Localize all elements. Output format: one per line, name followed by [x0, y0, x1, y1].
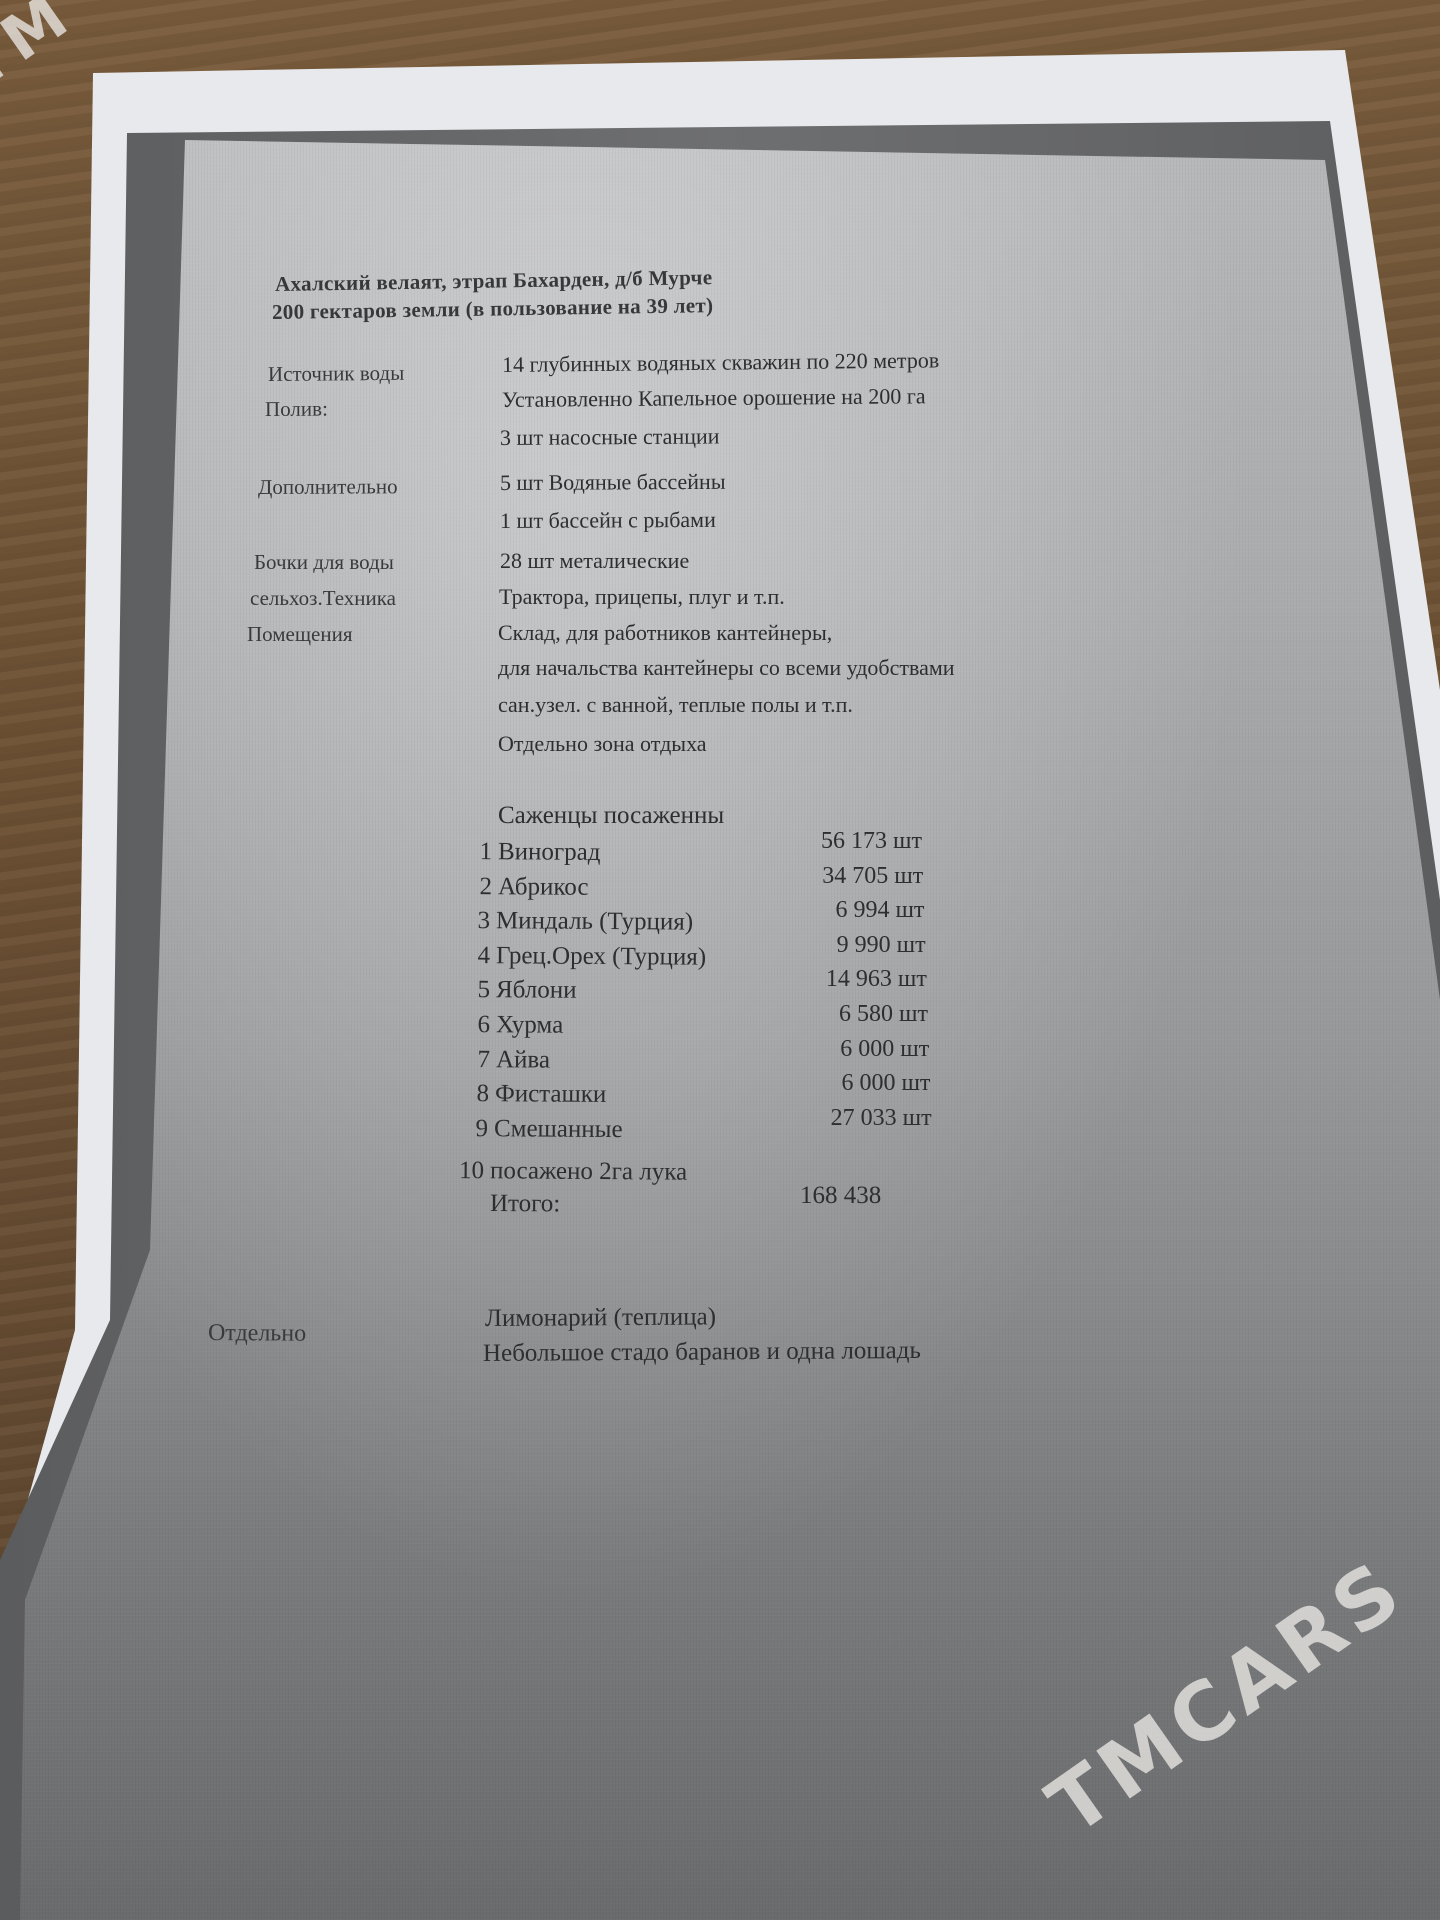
seedling-name: Яблони: [496, 977, 577, 1005]
seedling-row: 4Грец.Орех (Турция): [466, 942, 706, 972]
seedling-name: Айва: [496, 1046, 550, 1073]
field-value-premises-line4: Отдельно зона отдыха: [498, 731, 707, 757]
field-value-additional-line2: 1 шт бассейн с рыбами: [500, 507, 716, 534]
field-label-water-source: Источник воды: [268, 361, 405, 387]
document-title-location: Ахалский велаят, этрап Бахарден, д/б Мур…: [275, 265, 713, 297]
field-value-water-source: 14 глубинных водяных скважин по 220 метр…: [502, 347, 939, 378]
seedling-number: 2: [468, 873, 492, 901]
separately-line2: Небольшое стадо баранов и одна лошадь: [483, 1337, 921, 1368]
field-label-agri-machinery: сельхоз.Техника: [250, 586, 396, 611]
field-value-irrigation-line2: 3 шт насосные станции: [500, 423, 720, 451]
seedling-number: 4: [466, 942, 490, 970]
seedling-name: Виноград: [498, 838, 601, 866]
seedling-quantity: 14 963 шт: [826, 966, 927, 993]
seedling-number: 1: [468, 838, 492, 866]
field-label-premises: Помещения: [247, 622, 353, 647]
seedling-quantity: 6 000 шт: [841, 1070, 930, 1097]
seedling-name: посажено 2га лука: [490, 1158, 687, 1186]
field-value-premises-line2: для начальства кантейнеры со всеми удобс…: [498, 655, 955, 681]
seedling-row: 8Фисташки: [465, 1080, 607, 1109]
field-value-premises-line3: сан.узел. с ванной, теплые полы и т.п.: [498, 692, 853, 718]
seedling-number: 3: [466, 907, 490, 935]
seedling-name: Смешанные: [494, 1115, 623, 1143]
seedling-quantity: 56 173 шт: [821, 828, 922, 855]
field-value-water-barrels: 28 шт металические: [500, 548, 689, 574]
seedling-number: 7: [466, 1046, 490, 1074]
field-label-additional: Дополнительно: [258, 474, 398, 500]
separately-line1: Лимонарий (теплица): [485, 1303, 716, 1333]
separately-label: Отдельно: [208, 1320, 306, 1348]
seedling-row: 3Миндаль (Турция): [466, 907, 693, 937]
seedling-row: 2Абрикос: [468, 873, 589, 902]
field-value-agri-machinery: Трактора, прицепы, плуг и т.п.: [499, 584, 785, 610]
seedlings-heading: Саженцы посаженны: [498, 802, 724, 830]
seedling-name: Фисташки: [495, 1080, 607, 1108]
field-value-irrigation-line1: Установленно Капельное орошение на 200 г…: [502, 383, 926, 413]
seedling-number: 6: [466, 1011, 490, 1039]
seedling-name: Абрикос: [498, 873, 589, 901]
seedling-name: Грец.Орех (Турция): [496, 942, 706, 970]
field-value-additional-line1: 5 шт Водяные бассейны: [500, 469, 726, 496]
field-value-premises-line1: Склад, для работников кантейнеры,: [498, 620, 832, 646]
seedling-quantity: 6 580 шт: [839, 1001, 928, 1028]
seedling-row: 5Яблони: [466, 976, 577, 1005]
field-label-irrigation: Полив:: [265, 397, 328, 422]
document: Ахалский велаят, этрап Бахарден, д/б Мур…: [0, 0, 1440, 1920]
seedling-row: 10посажено 2га лука: [450, 1157, 687, 1187]
document-title-area: 200 гектаров земли (в пользование на 39 …: [272, 293, 714, 325]
seedling-row: 9Смешанные: [464, 1115, 623, 1144]
seedling-number: 9: [464, 1115, 488, 1143]
seedlings-total-label: Итого:: [490, 1190, 560, 1218]
seedling-row: 1Виноград: [468, 838, 601, 867]
seedling-quantity: 34 705 шт: [822, 863, 923, 890]
seedling-quantity: 9 990 шт: [837, 932, 926, 959]
seedling-quantity: 27 033 шт: [831, 1105, 932, 1132]
seedling-quantity: 6 000 шт: [840, 1036, 929, 1063]
seedling-number: 8: [465, 1080, 489, 1108]
seedling-quantity: 6 994 шт: [835, 897, 924, 924]
seedling-row: 7Айва: [466, 1046, 550, 1075]
seedlings-total-value: 168 438: [800, 1182, 881, 1210]
field-label-water-barrels: Бочки для воды: [254, 550, 394, 575]
seedling-name: Миндаль (Турция): [496, 907, 693, 935]
seedling-number: 5: [466, 976, 490, 1004]
seedling-row: 6Хурма: [466, 1011, 563, 1040]
seedling-name: Хурма: [496, 1011, 563, 1038]
seedling-number: 10: [450, 1157, 484, 1185]
